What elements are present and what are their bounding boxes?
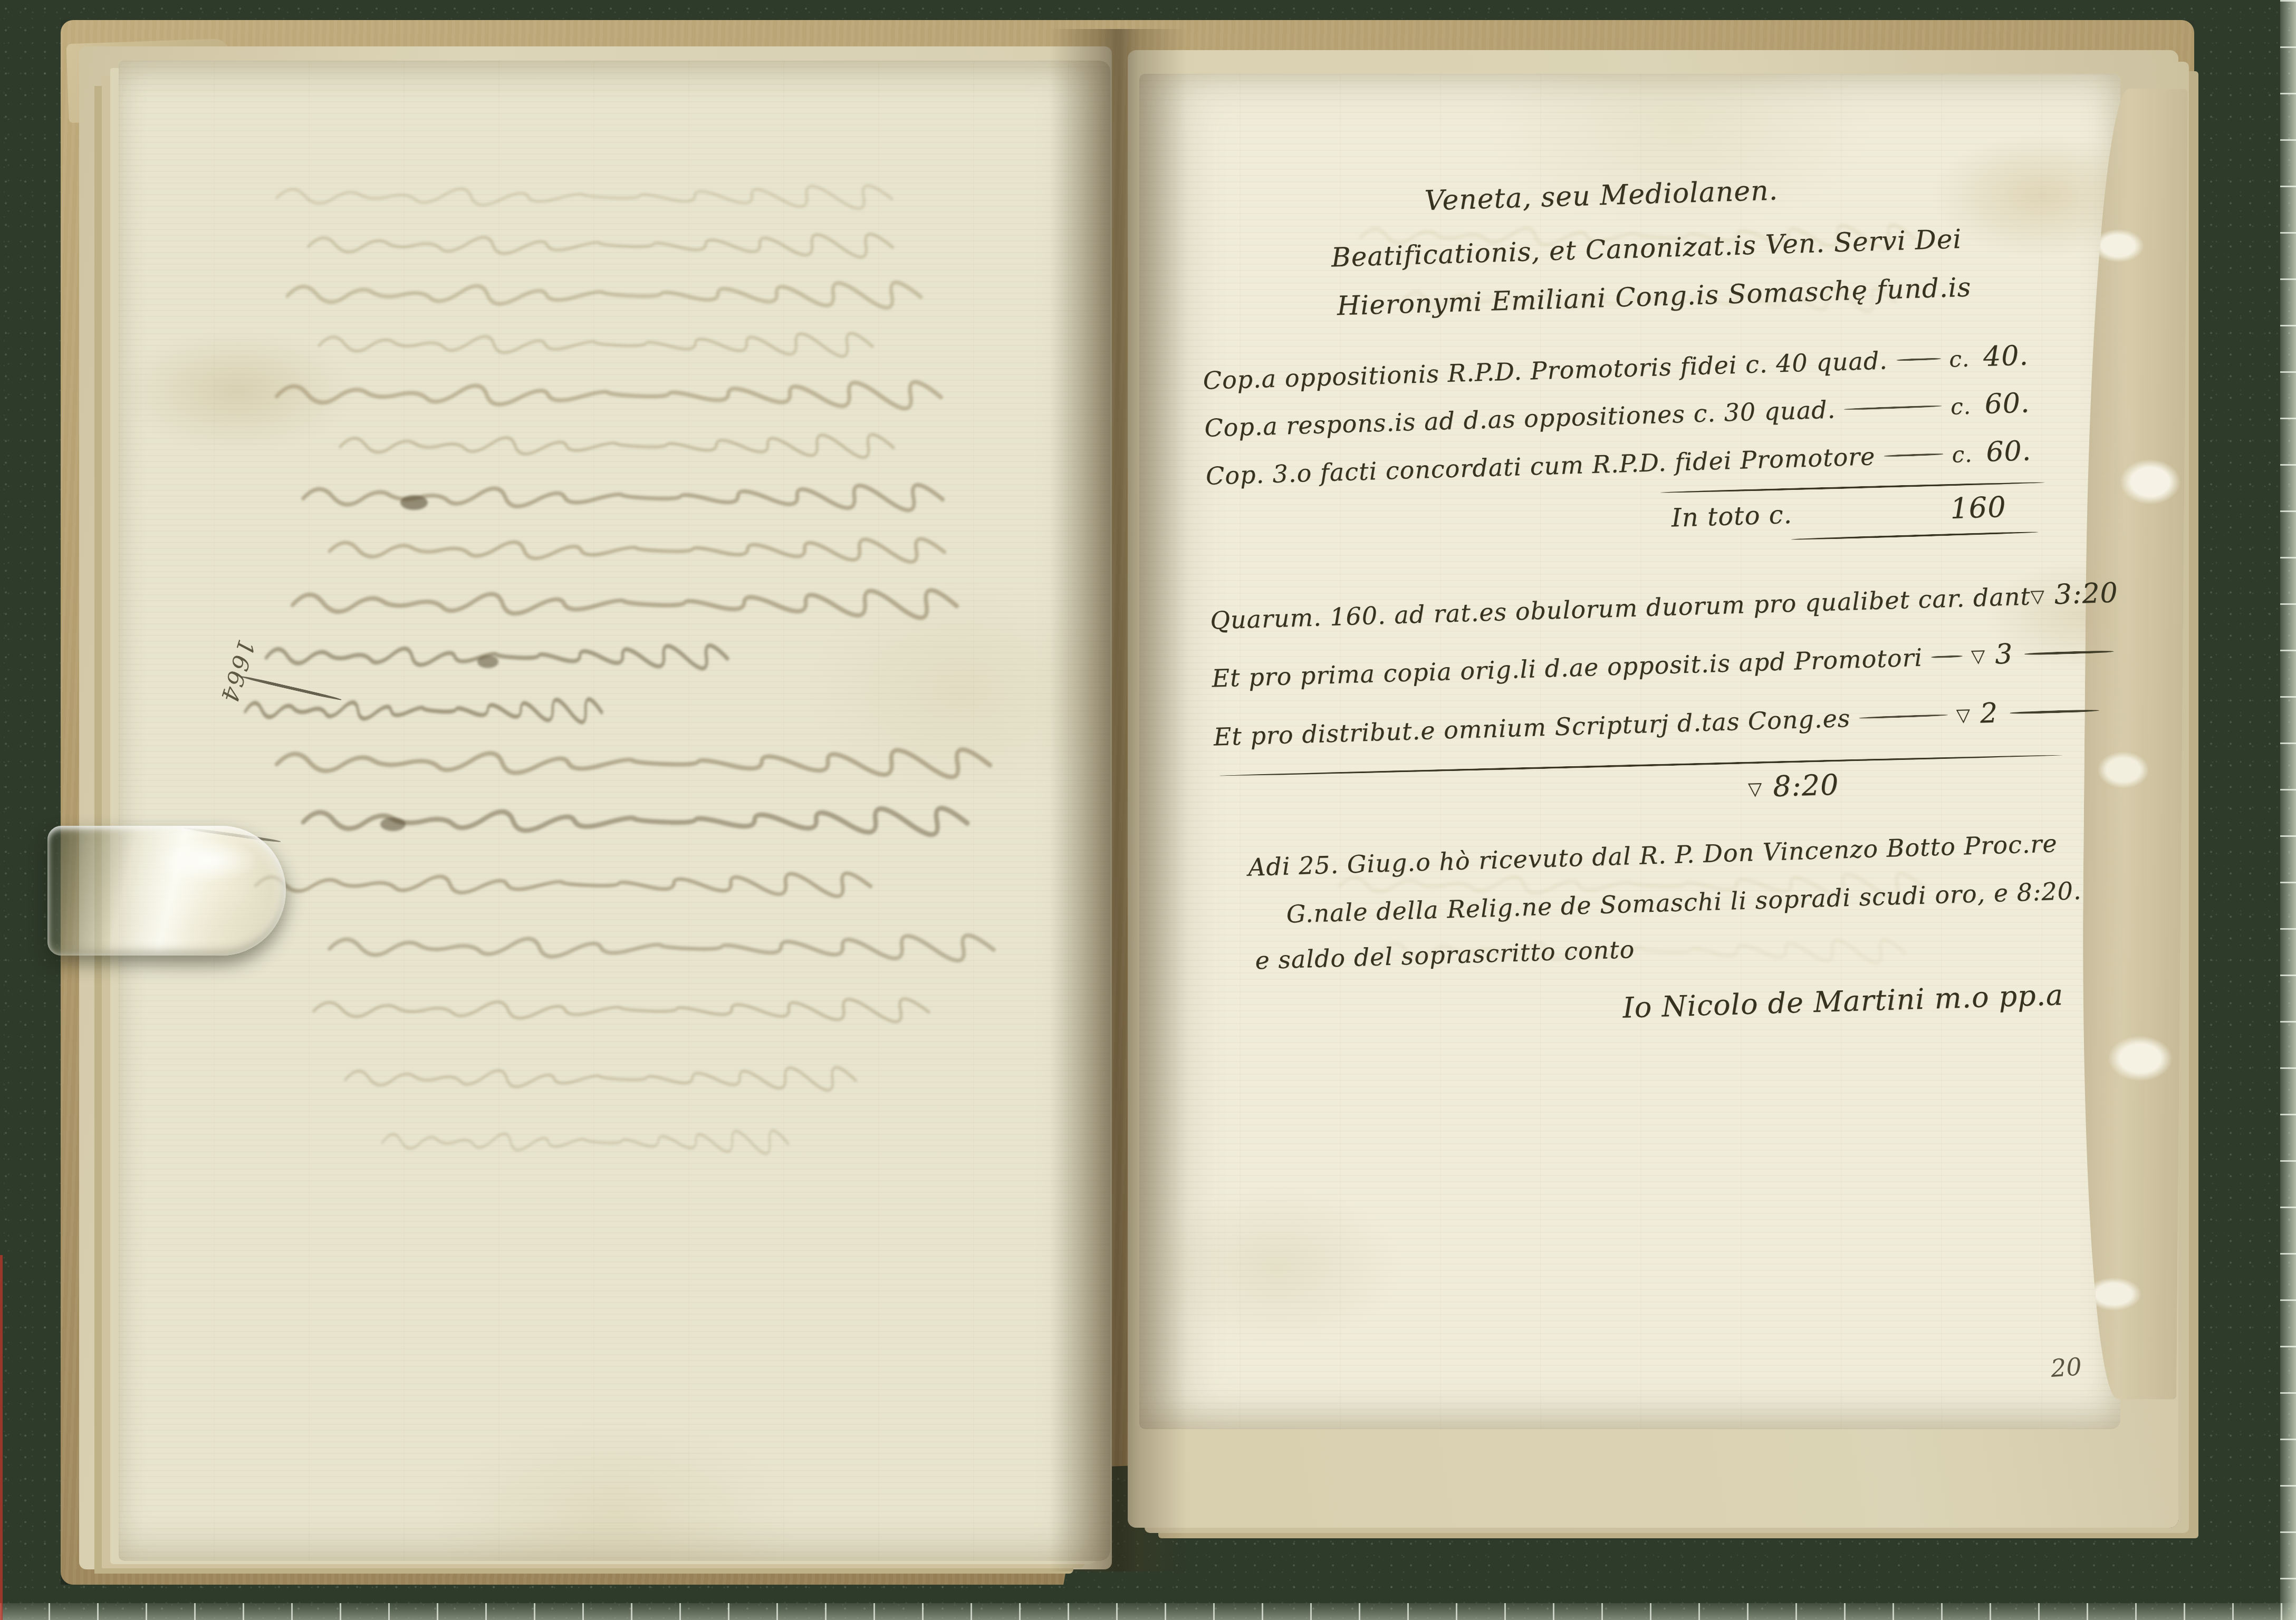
fee-value: 3:20 [2054,575,2119,613]
receipt-block: Adi 25. Giug.o hò ricevuto dal R. P. Don… [1217,826,2108,1039]
fee-row: Et pro distribut.e omnium Scripturj d.ta… [1213,692,2100,755]
fee-value: 3 [1994,637,2013,673]
ink-dash [2010,709,2099,715]
fee-label: Et pro distribut.e omnium Scripturj d.ta… [1213,702,1851,754]
ink-dash [1896,358,1941,361]
account-label: Cop.a respons.is ad d.as oppositiones c.… [1204,394,1837,445]
unit-abbrev: c. [1950,392,1972,422]
fee-label: Quarum. 160. ad rat.es obulorum duorum p… [1209,580,2031,637]
page-number: 20 [2050,1352,2082,1383]
fees-total-row: ▽ 8:20 [1747,758,2102,806]
account-value: 60. [1984,383,2091,423]
account-label: Cop. 3.o facti concordati cum R.P.D. fid… [1205,440,1876,492]
receipt-line-2: G.nale della Relig.ne de Somaschi li sop… [1286,874,2105,930]
scudi-symbol: ▽ [1956,705,1971,726]
ink-dash [1844,405,1942,410]
ink-dash [1859,714,1948,719]
fees-total-value: 8:20 [1772,766,1839,805]
account-total-value: 160 [1949,488,2006,527]
account-total-row: In toto c. 160 [1671,485,2094,535]
receipt-line-1: Adi 25. Giug.o hò ricevuto dal R. P. Don… [1247,826,2103,884]
copy-account-block: Cop.a oppositionis R.P.D. Promotoris fid… [1203,336,2094,558]
scudi-symbol: ▽ [1971,645,1986,667]
book-gutter [1050,29,1187,1571]
header-line-3: Hieronymi Emiliani Cong.is Somaschę fund… [1337,266,2087,323]
glass-paperweight [47,826,286,956]
fee-row: Quarum. 160. ad rat.es obulorum duorum p… [1209,576,2096,638]
account-label: Cop.a oppositionis R.P.D. Promotoris fid… [1203,344,1888,397]
fees-block: Quarum. 160. ad rat.es obulorum duorum p… [1209,576,2102,822]
manuscript-photo-scene: 1664 Veneta, seu Mediolanen. Beatificati… [0,0,2296,1620]
scudi-symbol: ▽ [1748,778,1763,799]
sum-rule [1791,531,2039,541]
fee-row: Et pro prima copia orig.li d.ae opposit.… [1211,634,2098,696]
open-manuscript-book: 1664 Veneta, seu Mediolanen. Beatificati… [0,0,2296,1620]
ink-dash [1884,453,1943,457]
scudi-symbol: ▽ [2030,585,2045,607]
account-total-label: In toto c. [1671,498,1793,535]
account-value: 60. [1985,431,2092,471]
receipt-line-3: e saldo del soprascritto conto [1255,920,2107,977]
unit-abbrev: c. [1948,344,1970,374]
unit-abbrev: c. [1952,440,1973,470]
manuscript-text-block: Veneta, seu Mediolanen. Beatificationis,… [1197,163,2108,1038]
account-value: 40. [1983,336,2089,375]
header-line-2: Beatificationis, et Canonizat.is Ven. Se… [1331,218,2086,275]
bleedthrough-script [119,61,1110,1561]
fee-value: 2 [1980,695,1999,732]
ink-dash [1931,655,1963,659]
fee-label: Et pro prima copia orig.li d.ae opposit.… [1212,642,1923,695]
